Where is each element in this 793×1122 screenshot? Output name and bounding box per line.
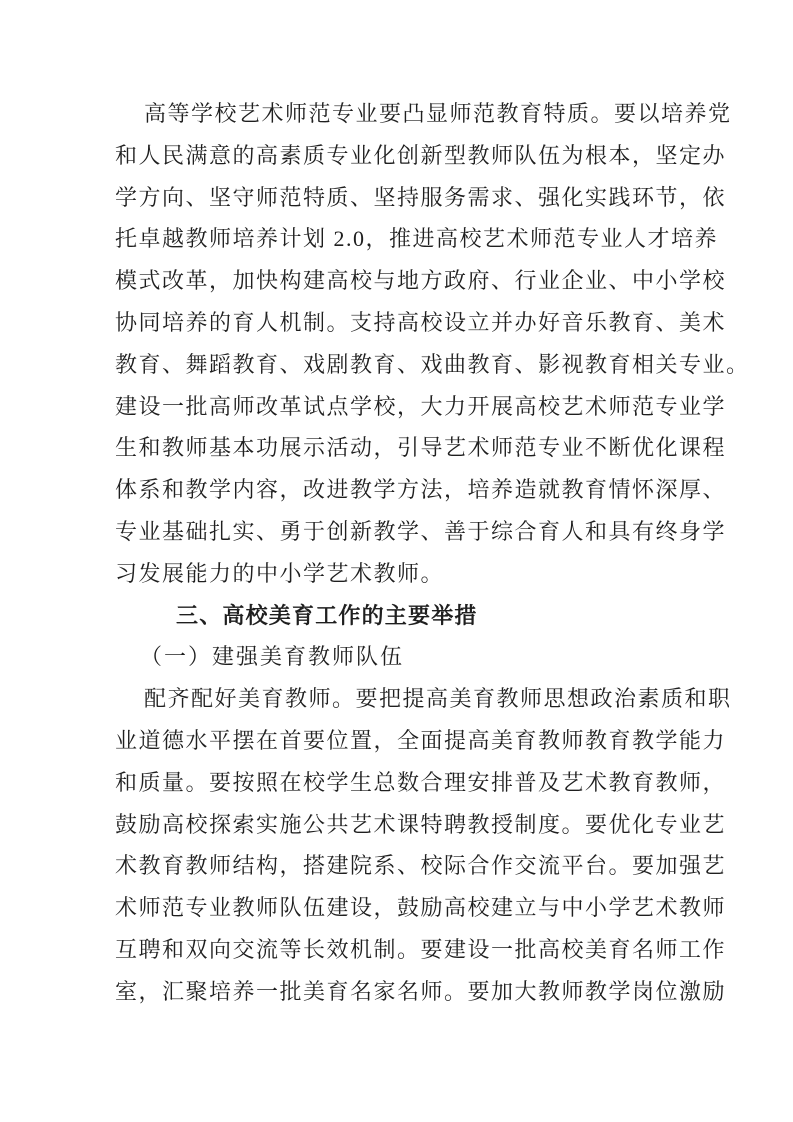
- document-page: 高等学校艺术师范专业要凸显师范教育特质。要以培养党和人民满意的高素质专业化创新型…: [0, 0, 793, 1122]
- text-line: 鼓励高校探索实施公共艺术课特聘教授制度。要优化专业艺: [115, 804, 740, 846]
- document-content: 高等学校艺术师范专业要凸显师范教育特质。要以培养党和人民满意的高素质专业化创新型…: [115, 93, 740, 1013]
- text-line: 习发展能力的中小学艺术教师。: [115, 553, 740, 595]
- text-line: 业道德水平摆在首要位置，全面提高美育教师教育教学能力: [115, 720, 740, 762]
- text-line: 和人民满意的高素质专业化创新型教师队伍为根本，坚定办: [115, 135, 740, 177]
- text-line: 教育、舞蹈教育、戏剧教育、戏曲教育、影视教育相关专业。: [115, 344, 740, 386]
- text-line: 术教育教师结构，搭建院系、校际合作交流平台。要加强艺: [115, 845, 740, 887]
- text-line: 学方向、坚守师范特质、坚持服务需求、强化实践环节，依: [115, 177, 740, 219]
- text-line: 托卓越教师培养计划 2.0，推进高校艺术师范专业人才培养: [115, 218, 740, 260]
- text-line: 建设一批高师改革试点学校，大力开展高校艺术师范专业学: [115, 386, 740, 428]
- text-line: 互聘和双向交流等长效机制。要建设一批高校美育名师工作: [115, 929, 740, 971]
- text-line: 生和教师基本功展示活动，引导艺术师范专业不断优化课程: [115, 427, 740, 469]
- text-line: 配齐配好美育教师。要把提高美育教师思想政治素质和职: [115, 678, 740, 720]
- text-line: 术师范专业教师队伍建设，鼓励高校建立与中小学艺术教师: [115, 887, 740, 929]
- subsection-heading-3-1: （一）建强美育教师队伍: [115, 636, 740, 678]
- text-line: 协同培养的育人机制。支持高校设立并办好音乐教育、美术: [115, 302, 740, 344]
- text-line: 模式改革，加快构建高校与地方政府、行业企业、中小学校: [115, 260, 740, 302]
- text-line: 室，汇聚培养一批美育名家名师。要加大教师教学岗位激励: [115, 971, 740, 1013]
- text-line: 专业基础扎实、勇于创新教学、善于综合育人和具有终身学: [115, 511, 740, 553]
- text-line: 体系和教学内容，改进教学方法，培养造就教育情怀深厚、: [115, 469, 740, 511]
- text-line: 和质量。要按照在校学生总数合理安排普及艺术教育教师，: [115, 762, 740, 804]
- text-line: 高等学校艺术师范专业要凸显师范教育特质。要以培养党: [115, 93, 740, 135]
- section-heading-3: 三、高校美育工作的主要举措: [115, 595, 740, 637]
